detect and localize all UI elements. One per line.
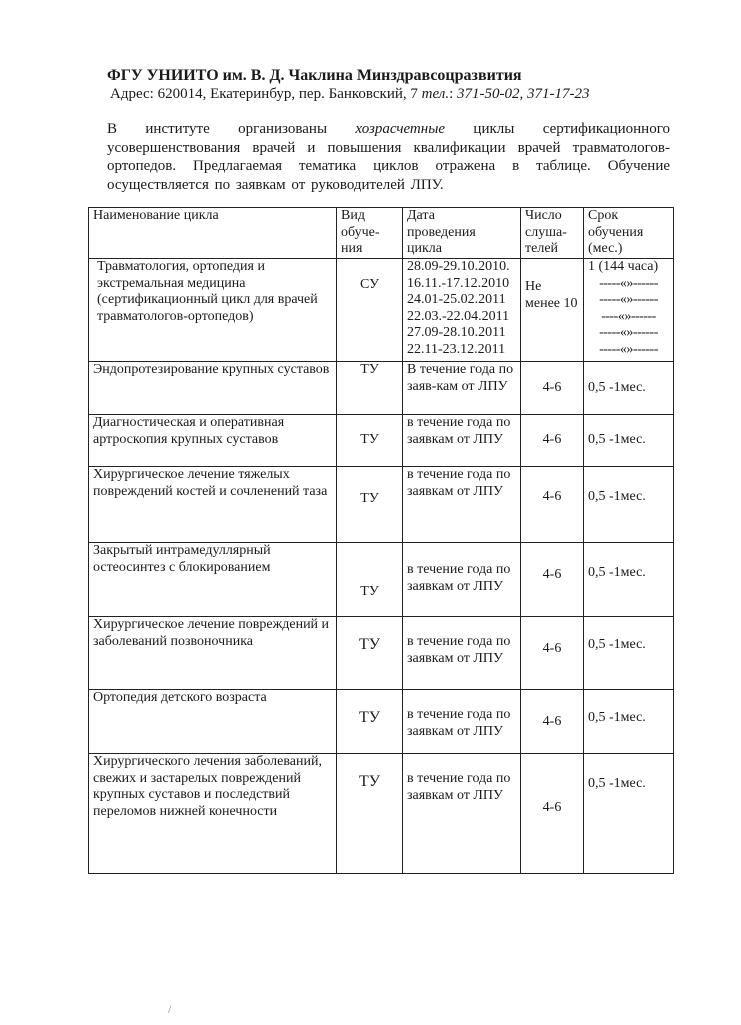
cycle-count: Не менее 10 <box>521 259 584 362</box>
address-line: Адрес: 620014, Екатеринбур, пер. Банковс… <box>110 86 589 103</box>
header-duration: Срокобучения(мес.) <box>584 208 674 259</box>
cycle-name: Ортопедия детского возраста <box>89 690 337 754</box>
cycle-duration: 0,5 -1мес. <box>584 690 674 754</box>
cycle-duration: 0,5 -1мес. <box>584 543 674 617</box>
cycle-count: 4-6 <box>521 690 584 754</box>
cycle-name: Эндопротезирование крупных суставов <box>89 362 337 415</box>
table-row: Хирургического лечения заболеваний, свеж… <box>89 754 674 874</box>
table-row: Эндопротезирование крупных суставов ТУ В… <box>89 362 674 415</box>
table-row: Хирургическое лечение повреждений и забо… <box>89 617 674 690</box>
phone-numbers: 371-50-02, 371-17-23 <box>457 86 589 102</box>
header-type: Видобуче-ния <box>337 208 403 259</box>
cycle-date: в течение года по заявкам от ЛПУ <box>403 467 521 543</box>
cycle-duration: 0,5 -1мес. <box>584 415 674 467</box>
cycle-type: ТУ <box>337 415 403 467</box>
cycle-name: Хирургического лечения заболеваний, свеж… <box>89 754 337 874</box>
phone-separator: : <box>449 86 457 102</box>
table-row: Хирургическое лечение тяжелых повреждени… <box>89 467 674 543</box>
cycle-name: Хирургическое лечение тяжелых повреждени… <box>89 467 337 543</box>
cycle-count: 4-6 <box>521 543 584 617</box>
cycle-type: ТУ <box>337 754 403 874</box>
cycle-date: в течение года по заявкам от ЛПУ <box>403 690 521 754</box>
intro-paragraph: В институте организованы хозрасчетные ци… <box>107 120 670 194</box>
intro-part-1: В институте организованы <box>107 121 355 137</box>
cycle-count: 4-6 <box>521 467 584 543</box>
cycle-dates: 28.09-29.10.2010.16.11.-17.12.201024.01-… <box>403 259 521 362</box>
cycle-type: ТУ <box>337 467 403 543</box>
cycle-duration: 0,5 -1мес. <box>584 362 674 415</box>
cycle-duration: 0,5 -1мес. <box>584 754 674 874</box>
table-row: Ортопедия детского возраста ТУ в течение… <box>89 690 674 754</box>
cycle-duration: 0,5 -1мес. <box>584 467 674 543</box>
cycle-type: СУ <box>337 259 403 362</box>
cycle-name: Диагностическая и оперативная артроскопи… <box>89 415 337 467</box>
cycle-type: ТУ <box>337 690 403 754</box>
cycle-duration: 0,5 -1мес. <box>584 617 674 690</box>
cycle-date: В течение года по заяв-кам от ЛПУ <box>403 362 521 415</box>
intro-emphasis: хозрасчетные <box>355 121 445 137</box>
header-date: Датапроведенияцикла <box>403 208 521 259</box>
cycle-date: в течение года по заявкам от ЛПУ <box>403 543 521 617</box>
table-row: Травматология, ортопедия и экстремальная… <box>89 259 674 362</box>
cycle-type: ТУ <box>337 543 403 617</box>
cycle-date: в течение года по заявкам от ЛПУ <box>403 415 521 467</box>
table-row: Закрытый интрамедуллярный остеосинтез с … <box>89 543 674 617</box>
cycle-date: в течение года по заявкам от ЛПУ <box>403 754 521 874</box>
header-count: Числослуша-телей <box>521 208 584 259</box>
cycle-count: 4-6 <box>521 362 584 415</box>
cycle-name: Травматология, ортопедия и экстремальная… <box>89 259 337 362</box>
cycle-count: 4-6 <box>521 754 584 874</box>
cycle-name: Хирургическое лечение повреждений и забо… <box>89 617 337 690</box>
header-name: Наименование цикла <box>89 208 337 259</box>
cycle-durations: 1 (144 часа)-----«»-----------«»--------… <box>584 259 674 362</box>
cycle-type: ТУ <box>337 362 403 415</box>
cycle-name: Закрытый интрамедуллярный остеосинтез с … <box>89 543 337 617</box>
cycle-count: 4-6 <box>521 415 584 467</box>
table-header-row: Наименование цикла Видобуче-ния Датапров… <box>89 208 674 259</box>
table-row: Диагностическая и оперативная артроскопи… <box>89 415 674 467</box>
organization-title: ФГУ УНИИТО им. В. Д. Чаклина Минздравсоц… <box>107 67 522 85</box>
scan-mark: / <box>168 1002 171 1017</box>
cycle-count: 4-6 <box>521 617 584 690</box>
address-text: Адрес: 620014, Екатеринбур, пер. Банковс… <box>110 86 422 102</box>
cycle-type: ТУ <box>337 617 403 690</box>
cycles-table: Наименование цикла Видобуче-ния Датапров… <box>88 207 674 874</box>
cycle-date: в течение года по заявкам от ЛПУ <box>403 617 521 690</box>
phone-label: тел. <box>422 86 449 102</box>
